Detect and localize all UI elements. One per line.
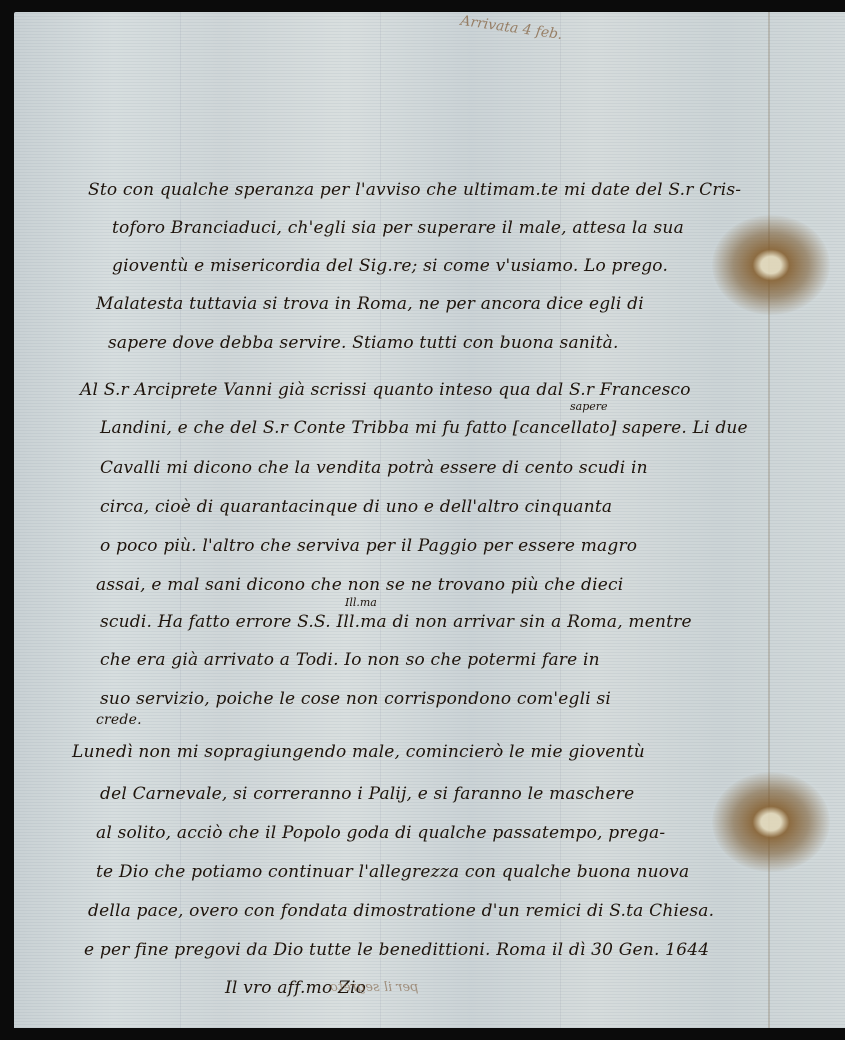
letter-line-1: Sto con qualche speranza per l'avviso ch…: [88, 180, 741, 200]
letter-line-21: e per fine pregovi da Dio tutte le bened…: [84, 940, 709, 960]
bleed-through-text: per il segreto: [330, 980, 418, 995]
letter-line-9: circa, cioè di quarantacinque di uno e d…: [100, 497, 612, 517]
letter-line-3: gioventù e misericordia del Sig.re; si c…: [112, 256, 668, 276]
insertion-above: sapere: [570, 400, 608, 413]
letter-line-11: assai, e mal sani dicono che non se ne t…: [96, 575, 623, 595]
letter-line-10: o poco più. l'altro che serviva per il P…: [100, 536, 637, 556]
superscript-ill: Ill.ma: [345, 596, 377, 609]
paper-fold: [768, 12, 770, 1028]
seal-stain-bottom: [712, 772, 830, 872]
letter-line-7: Landini, e che del S.r Conte Tribba mi f…: [100, 418, 748, 438]
letter-line-19: te Dio che potiamo continuar l'allegrezz…: [96, 862, 689, 882]
letter-line-5: sapere dove debba servire. Stiamo tutti …: [108, 333, 619, 353]
letter-line-13: che era già arrivato a Todi. Io non so c…: [100, 650, 600, 670]
letter-line-18: al solito, acciò che il Popolo goda di q…: [96, 823, 665, 843]
letter-line-4: Malatesta tuttavia si trova in Roma, ne …: [96, 294, 644, 314]
letter-line-17: del Carnevale, si correranno i Palij, e …: [100, 784, 634, 804]
letter-line-16: Lunedì non mi sopragiungendo male, comin…: [72, 742, 645, 762]
letter-line-20: della pace, overo con fondata dimostrati…: [88, 901, 714, 921]
letter-line-12: scudi. Ha fatto errore S.S. Ill.ma di no…: [100, 612, 692, 632]
letter-line-14: suo servizio, poiche le cose non corrisp…: [100, 689, 611, 709]
letter-line-2: toforo Branciaduci, ch'egli sia per supe…: [112, 218, 684, 238]
letter-line-8: Cavalli mi dicono che la vendita potrà e…: [100, 458, 648, 478]
letter-line-6: Al S.r Arciprete Vanni già scrissi quant…: [80, 380, 691, 400]
letter-line-15: crede.: [96, 712, 142, 728]
seal-stain-top: [712, 215, 830, 315]
